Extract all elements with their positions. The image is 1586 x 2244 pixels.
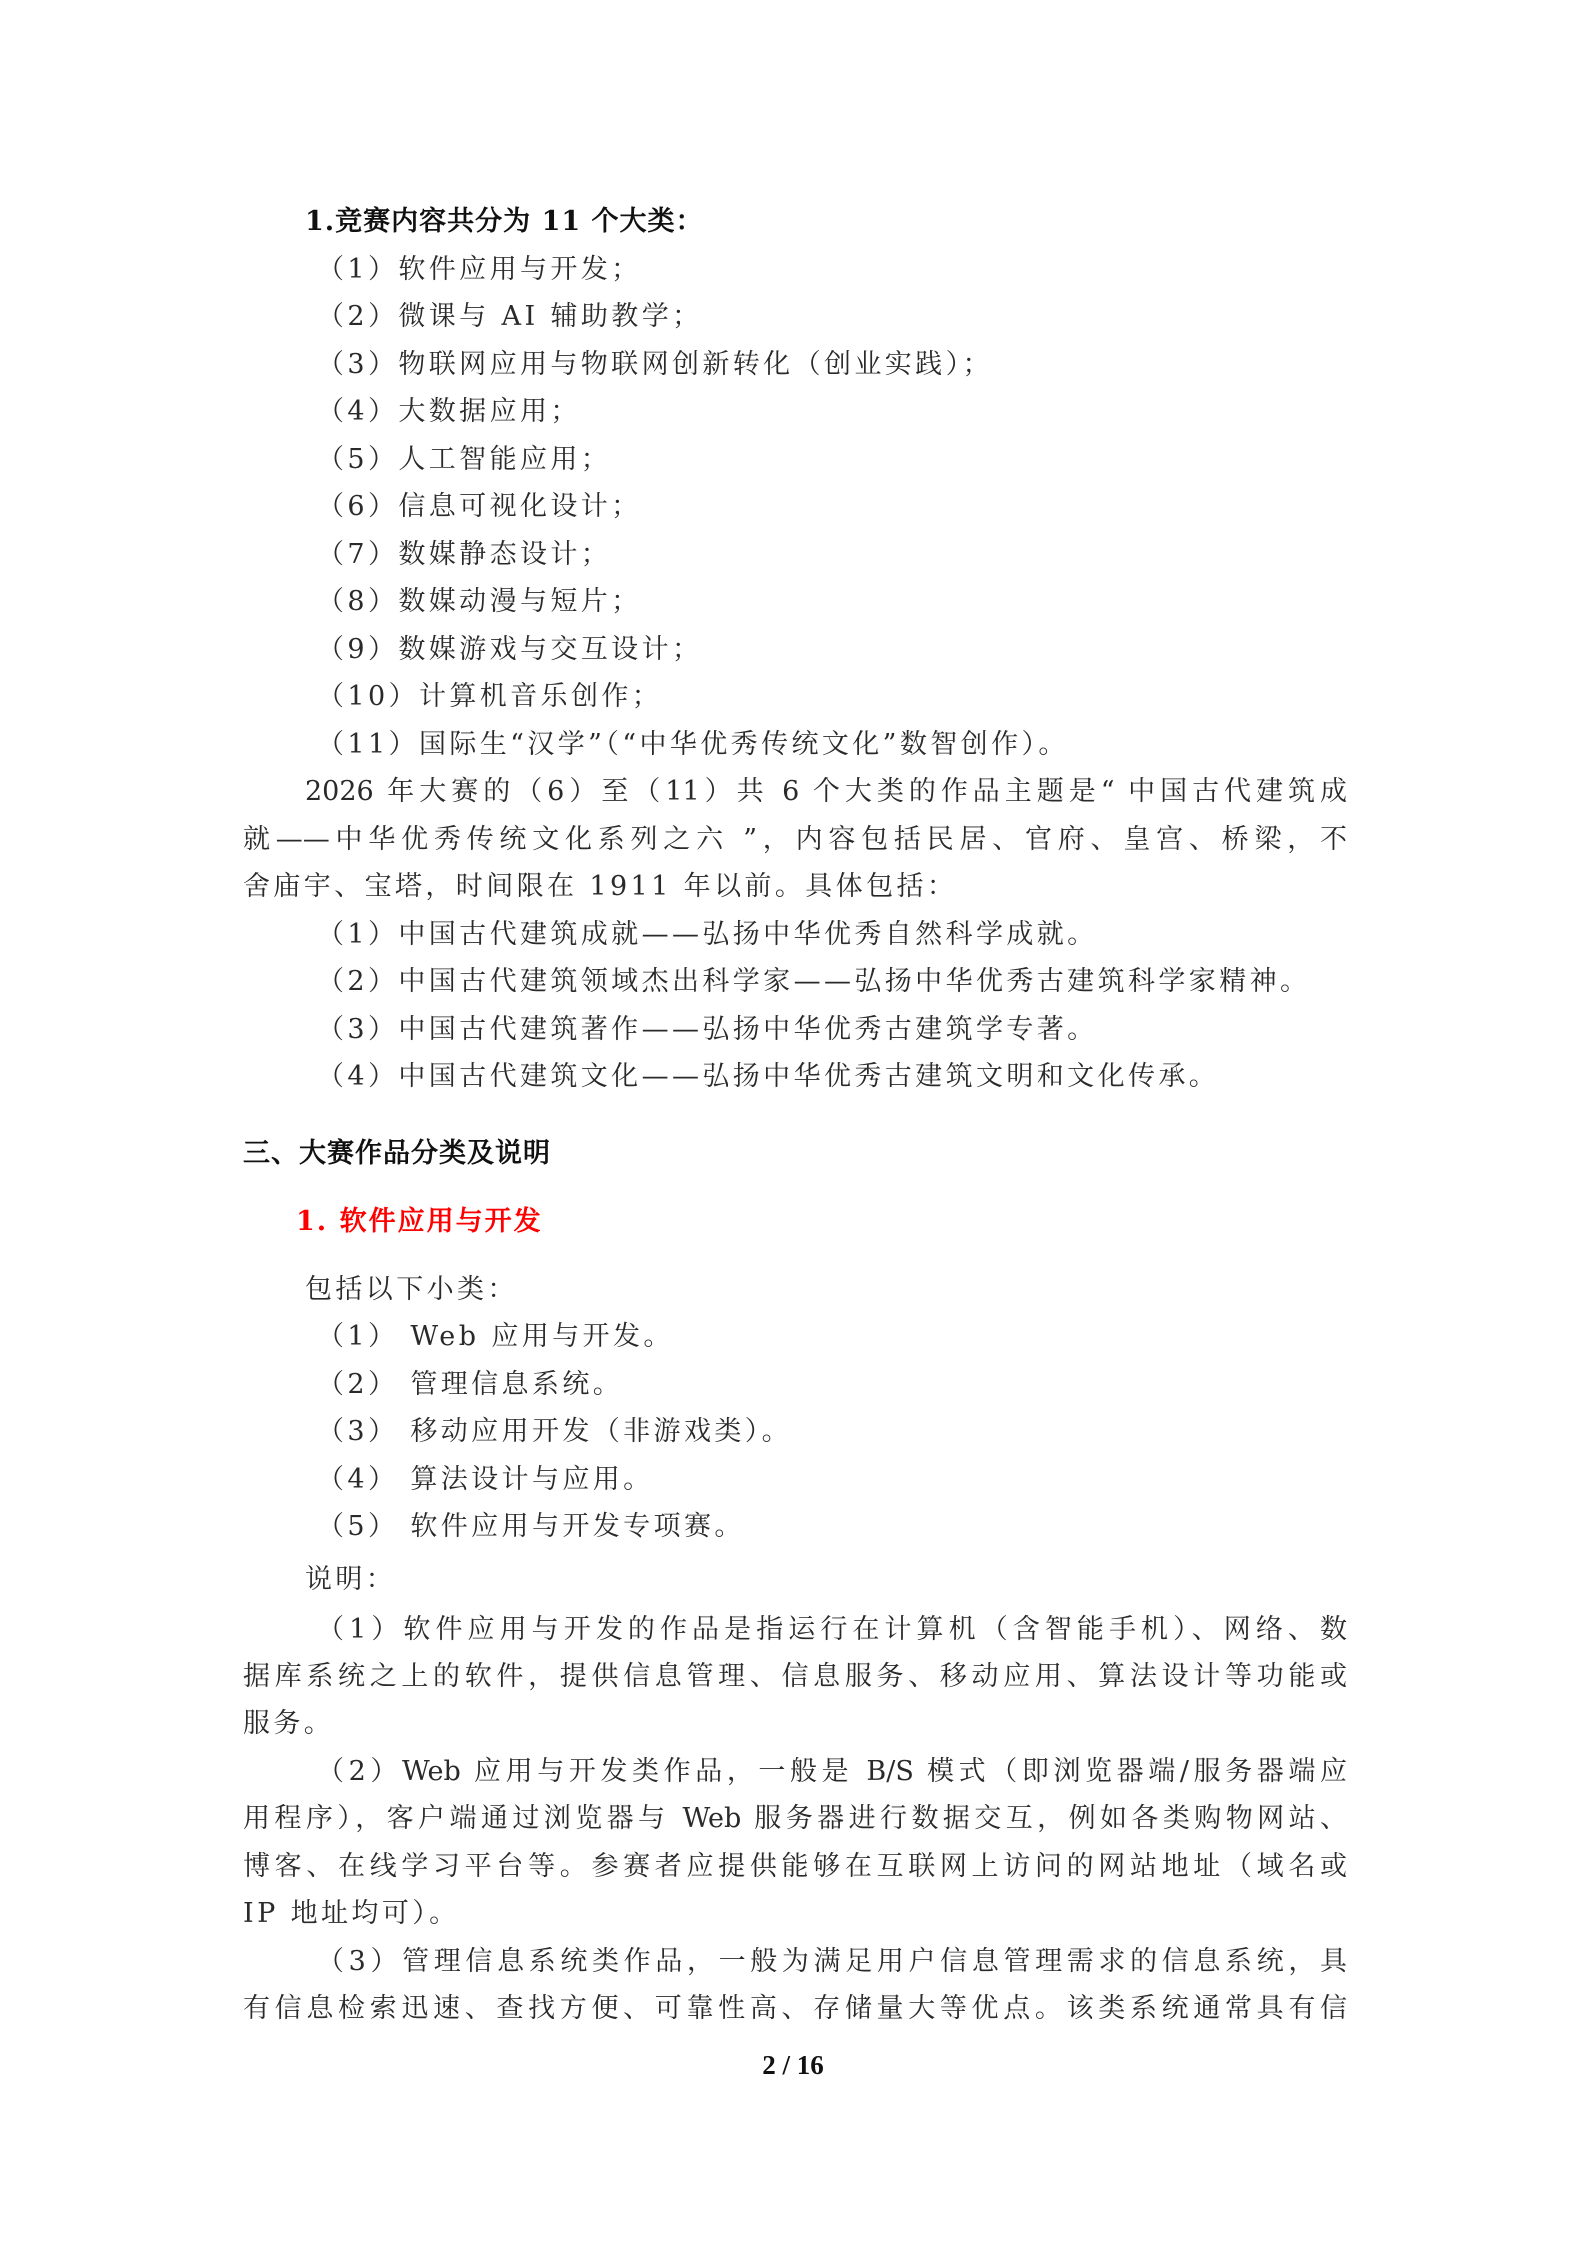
theme-item: （3）中国古代建筑著作——弘扬中华优秀古建筑学专著。 xyxy=(317,1010,1421,1050)
category-item: （2）微课与 AI 辅助教学； xyxy=(317,297,1421,337)
theme-paragraph-line: 2026 年大赛的（6）至（11）共 6 个大类的作品主题是“ 中国古代建筑成 xyxy=(305,772,1347,812)
category-item: （6）信息可视化设计； xyxy=(317,487,1421,527)
note-line: 用程序），客户端通过浏览器与 Web 服务器进行数据交互，例如各类购物网站、 xyxy=(243,1799,1347,1839)
subcategory-item: （2） 管理信息系统。 xyxy=(317,1365,1421,1405)
category-item: （11）国际生“汉学”（“中华优秀传统文化”数智创作）。 xyxy=(317,725,1421,765)
notes-label: 说明： xyxy=(305,1560,1409,1600)
note-line: 据库系统之上的软件，提供信息管理、信息服务、移动应用、算法设计等功能或 xyxy=(243,1657,1347,1697)
subcategory-item: （4） 算法设计与应用。 xyxy=(317,1460,1421,1500)
subcategory-item: （5） 软件应用与开发专项赛。 xyxy=(317,1507,1421,1547)
note-line: 服务。 xyxy=(243,1704,1347,1744)
category-item: （3）物联网应用与物联网创新转化（创业实践）； xyxy=(317,345,1421,385)
theme-item: （2）中国古代建筑领域杰出科学家——弘扬中华优秀古建筑科学家精神。 xyxy=(317,962,1421,1002)
category-item: （1）软件应用与开发； xyxy=(317,250,1421,290)
category-item: （7）数媒静态设计； xyxy=(317,535,1421,575)
category-item: （4）大数据应用； xyxy=(317,392,1421,432)
subcategory-intro: 包括以下小类： xyxy=(305,1270,1409,1310)
theme-item: （4）中国古代建筑文化——弘扬中华优秀古建筑文明和文化传承。 xyxy=(317,1057,1421,1097)
note-line: IP 地址均可）。 xyxy=(243,1894,1347,1934)
category-item: （10）计算机音乐创作； xyxy=(317,677,1421,717)
competition-categories-heading: 1.竞赛内容共分为 11 个大类： xyxy=(305,202,1409,242)
note-line: 博客、在线学习平台等。参赛者应提供能够在互联网上访问的网站地址（域名或 xyxy=(243,1847,1347,1887)
subcategory-item: （3） 移动应用开发（非游戏类）。 xyxy=(317,1412,1421,1452)
note-line: （2）Web 应用与开发类作品，一般是 B/S 模式（即浏览器端/服务器端应 xyxy=(317,1752,1347,1792)
subcategory-item: （1） Web 应用与开发。 xyxy=(317,1317,1421,1357)
category-item: （5）人工智能应用； xyxy=(317,440,1421,480)
theme-paragraph-line: 就——中华优秀传统文化系列之六 ”，内容包括民居、官府、皇宫、桥梁，不 xyxy=(243,820,1347,860)
page-number: 2 / 16 xyxy=(0,2050,1586,2081)
theme-item: （1）中国古代建筑成就——弘扬中华优秀自然科学成就。 xyxy=(317,915,1421,955)
category-item: （9）数媒游戏与交互设计； xyxy=(317,630,1421,670)
note-line: （3）管理信息系统类作品，一般为满足用户信息管理需求的信息系统，具 xyxy=(317,1942,1347,1982)
section-three-heading: 三、大赛作品分类及说明 xyxy=(243,1134,1347,1174)
note-line: 有信息检索迅速、查找方便、可靠性高、存储量大等优点。该类系统通常具有信 xyxy=(243,1989,1347,2029)
category-item: （8）数媒动漫与短片； xyxy=(317,582,1421,622)
theme-paragraph-line: 舍庙宇、宝塔，时间限在 1911 年以前。具体包括： xyxy=(243,867,1347,907)
document-page: 1.竞赛内容共分为 11 个大类： （1）软件应用与开发； （2）微课与 AI … xyxy=(0,0,1586,2244)
software-subsection-heading: 1. 软件应用与开发 xyxy=(296,1202,1400,1242)
note-line: （1）软件应用与开发的作品是指运行在计算机（含智能手机）、网络、数 xyxy=(317,1610,1347,1650)
